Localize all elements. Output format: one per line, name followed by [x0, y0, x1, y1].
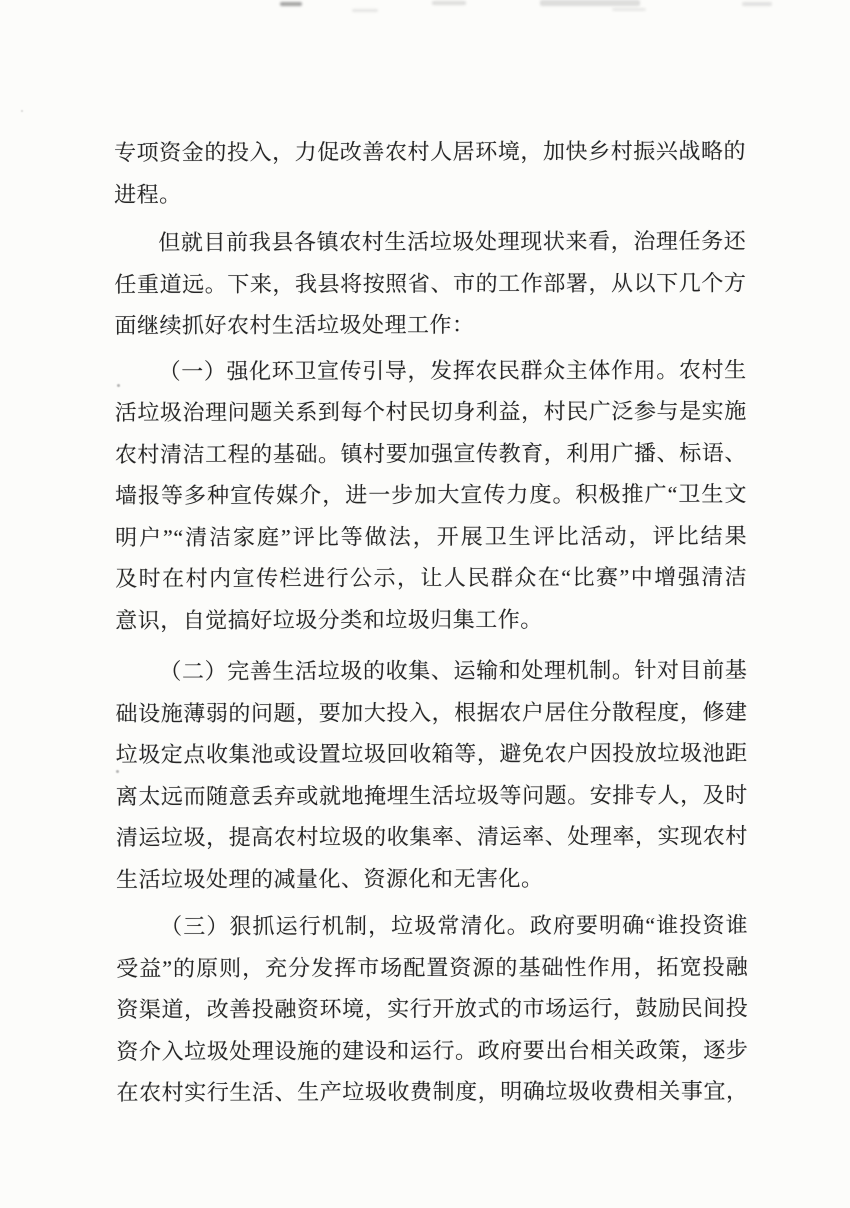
scan-smudge	[742, 2, 772, 6]
text-line: 生活垃圾处理的减量化、资源化和无害化。	[116, 857, 748, 900]
text-line: 面继续抓好农村生活垃圾处理工作：	[114, 303, 746, 346]
text-line: 明户”“清洁家庭”评比等做法，开展卫生评比活动，评比结果	[115, 515, 747, 558]
paragraph-intro: 但就目前我县各镇农村生活垃圾处理现状来看，治理任务还任重道远。下来，我县将按照省…	[114, 220, 746, 346]
scan-smudge	[432, 1, 466, 5]
text-line: （一）强化环卫宣传引导，发挥农民群众主体作用。农村生	[115, 349, 747, 392]
scan-smudge	[540, 0, 640, 6]
text-line: 资渠道，改善投融资环境，实行开放式的市场运行，鼓励民间投	[116, 987, 748, 1030]
text-line: 础设施薄弱的问题，要加大投入，根据农户居住分散程度，修建	[115, 691, 747, 734]
text-line: 农村清洁工程的基础。镇村要加强宣传教育，利用广播、标语、	[115, 432, 747, 475]
text-line: 垃圾定点收集池或设置垃圾回收箱等，避免农户因投放垃圾池距	[116, 732, 748, 775]
text-line: 资介入垃圾处理设施的建设和运行。政府要出台相关政策，逐步	[116, 1029, 748, 1072]
document-body: 专项资金的投入，力促改善农村人居环境，加快乡村振兴战略的进程。但就目前我县各镇农…	[114, 130, 749, 1113]
text-line: 离太远而随意丢弃或就地掩埋生活垃圾等问题。安排专人，及时	[116, 774, 748, 817]
text-line: 意识，自觉搞好垃圾分类和垃圾归集工作。	[115, 598, 747, 641]
text-line: 在农村实行生活、生产垃圾收费制度，明确垃圾收费相关事宜，	[116, 1070, 748, 1113]
scan-smudge	[280, 2, 302, 6]
paragraph-continuation: 专项资金的投入，力促改善农村人居环境，加快乡村振兴战略的进程。	[114, 130, 746, 215]
scan-smudge	[352, 9, 378, 12]
text-line: 墙报等多种宣传媒介，进一步加大宣传力度。积极推广“卫生文	[115, 473, 747, 516]
scanned-document-page: 专项资金的投入，力促改善农村人居环境，加快乡村振兴战略的进程。但就目前我县各镇农…	[0, 0, 850, 1208]
text-line: 专项资金的投入，力促改善农村人居环境，加快乡村振兴战略的	[114, 130, 746, 173]
paragraph-item-3: （三）狠抓运行机制，垃圾常清化。政府要明确“谁投资谁受益”的原则，充分发挥市场配…	[116, 904, 749, 1113]
text-line: 清运垃圾，提高农村垃圾的收集率、清运率、处理率，实现农村	[116, 815, 748, 858]
paragraph-item-1: （一）强化环卫宣传引导，发挥农民群众主体作用。农村生活垃圾治理问题关系到每个村民…	[115, 349, 748, 641]
text-line: 但就目前我县各镇农村生活垃圾处理现状来看，治理任务还	[114, 220, 746, 263]
text-line: 进程。	[114, 172, 746, 215]
text-line: 活垃圾治理问题关系到每个村民切身利益，村民广泛参与是实施	[115, 390, 747, 433]
text-line: 任重道远。下来，我县将按照省、市的工作部署，从以下几个方	[114, 262, 746, 305]
text-line: 及时在村内宣传栏进行公示，让人民群众在“比赛”中增强清洁	[115, 556, 747, 599]
scan-smudge	[612, 8, 646, 11]
text-line: （三）狠抓运行机制，垃圾常清化。政府要明确“谁投资谁	[116, 904, 748, 947]
paragraph-item-2: （二）完善生活垃圾的收集、运输和处理机制。针对目前基础设施薄弱的问题，要加大投入…	[115, 649, 748, 900]
scan-speck	[21, 110, 23, 112]
text-line: 受益”的原则，充分发挥市场配置资源的基础性作用，拓宽投融	[116, 946, 748, 989]
text-line: （二）完善生活垃圾的收集、运输和处理机制。针对目前基	[115, 649, 747, 692]
